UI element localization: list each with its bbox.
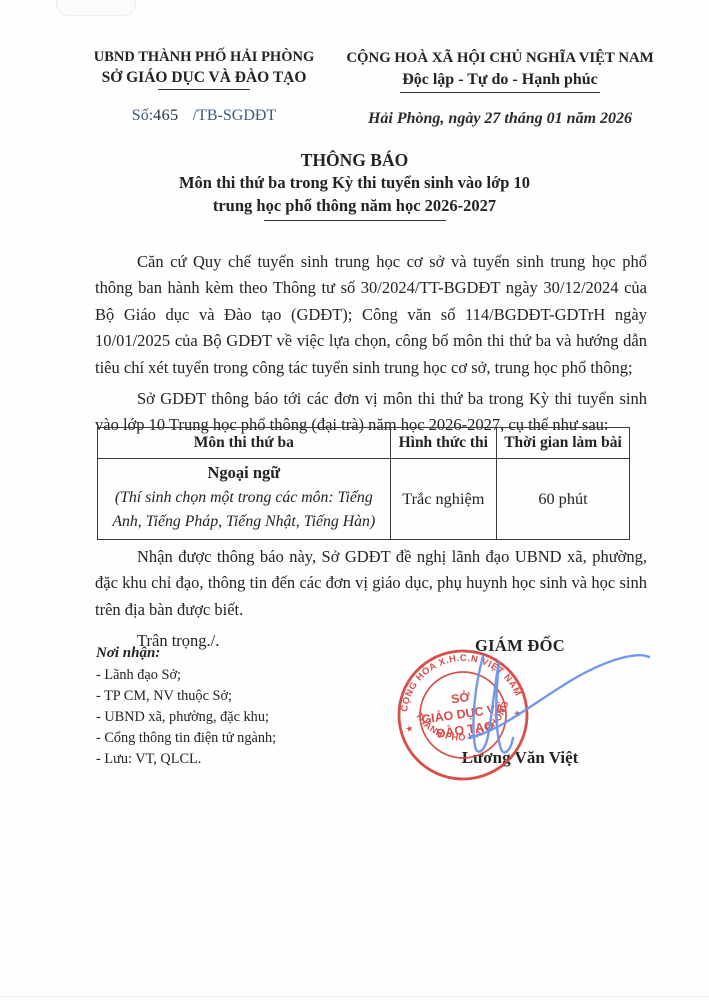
body-text: Căn cứ Quy chế tuyển sinh trung học cơ s… [95, 249, 647, 444]
page-bottom-edge [0, 996, 709, 997]
cell-format: Trắc nghiệm [390, 459, 496, 540]
title-underline [264, 220, 446, 221]
table-header-row: Môn thi thứ ba Hình thức thi Thời gian l… [98, 428, 630, 459]
document-number: Số:465/TB-SGDĐT [78, 107, 330, 125]
national-motto: Độc lập - Tự do - Hạnh phúc [400, 69, 600, 93]
title-main: THÔNG BÁO [0, 148, 709, 172]
cell-subject: Ngoại ngữ (Thí sinh chọn một trong các m… [98, 459, 391, 540]
handwritten-signature [425, 630, 657, 762]
recipient-item: - UBND xã, phường, đặc khu; [96, 708, 356, 727]
org-underline [158, 89, 250, 90]
place-date-line: Hải Phòng, ngày 27 tháng 01 năm 2026 [332, 110, 668, 128]
cell-duration: 60 phút [496, 459, 629, 540]
issuing-org-block: UBND THÀNH PHỐ HẢI PHÒNG SỞ GIÁO DỤC VÀ … [78, 48, 330, 90]
doc-number-suffix: /TB-SGDĐT [193, 107, 277, 124]
doc-number-value: 465 [153, 107, 179, 124]
recipient-item: - Cổng thông tin điện tử ngành; [96, 729, 356, 748]
paragraph-request: Nhận được thông báo này, Sở GDĐT đề nghị… [95, 544, 647, 623]
title-sub-line1: Môn thi thứ ba trong Kỳ thi tuyển sinh v… [0, 172, 709, 195]
paragraph-legal-basis: Căn cứ Quy chế tuyển sinh trung học cơ s… [95, 249, 647, 381]
header-format: Hình thức thi [390, 428, 496, 459]
recipients-label: Nơi nhận: [96, 644, 356, 664]
doc-number-prefix: Số: [132, 107, 153, 124]
scan-corner-artifact [56, 0, 136, 16]
exam-subject-table: Môn thi thứ ba Hình thức thi Thời gian l… [97, 427, 630, 540]
national-header-block: CỘNG HOÀ XÃ HỘI CHỦ NGHĨA VIỆT NAM Độc l… [332, 48, 668, 93]
subject-note: (Thí sinh chọn một trong các môn: Tiếng … [104, 486, 384, 535]
document-page: UBND THÀNH PHỐ HẢI PHÒNG SỞ GIÁO DỤC VÀ … [0, 0, 709, 1000]
title-sub-line2: trung học phổ thông năm học 2026-2027 [0, 195, 709, 218]
header-subject: Môn thi thứ ba [98, 428, 391, 459]
seal-star-left-icon: ★ [405, 723, 414, 734]
table-row: Ngoại ngữ (Thí sinh chọn một trong các m… [98, 459, 630, 540]
recipients-list: - Lãnh đạo Sở; - TP CM, NV thuộc Sở; - U… [96, 666, 356, 769]
subject-name: Ngoại ngữ [104, 463, 384, 483]
recipient-item: - TP CM, NV thuộc Sở; [96, 687, 356, 706]
org-name: SỞ GIÁO DỤC VÀ ĐÀO TẠO [78, 68, 330, 89]
recipient-item: - Lãnh đạo Sở; [96, 666, 356, 685]
national-name: CỘNG HOÀ XÃ HỘI CHỦ NGHĨA VIỆT NAM [332, 48, 668, 69]
org-parent-name: UBND THÀNH PHỐ HẢI PHÒNG [78, 48, 330, 68]
recipients-block: Nơi nhận: - Lãnh đạo Sở; - TP CM, NV thu… [96, 644, 356, 771]
recipient-item: - Lưu: VT, QLCL. [96, 750, 356, 769]
header-duration: Thời gian làm bài [496, 428, 629, 459]
document-title-block: THÔNG BÁO Môn thi thứ ba trong Kỳ thi tu… [0, 148, 709, 221]
